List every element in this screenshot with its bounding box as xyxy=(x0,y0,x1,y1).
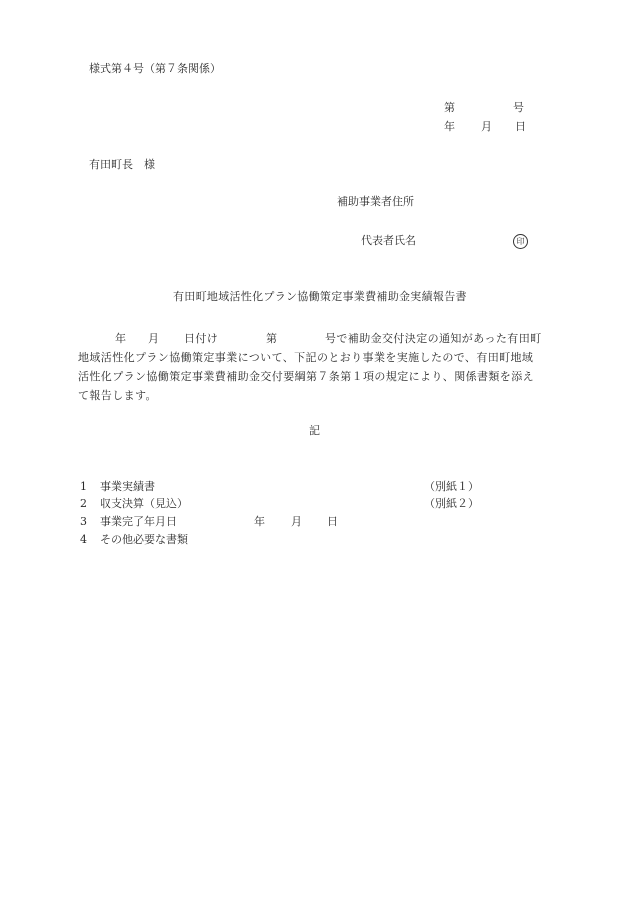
item-label: 事業実績書 xyxy=(100,480,155,494)
item-label: 事業完了年月日 xyxy=(100,515,177,529)
item-label: 収支決算（見込） xyxy=(100,497,188,511)
body-rest: 号で補助金交付決定の通知があった有田町 xyxy=(325,329,542,348)
body-month: 月 xyxy=(148,329,159,348)
applicant-name-label: 代表者氏名 xyxy=(361,234,416,248)
item-number: 3 xyxy=(80,515,87,529)
body-line-3: 活性化プラン協働策定事業費補助金交付要綱第７条第１項の規定により、関係書類を添え xyxy=(78,367,553,386)
item-number: 4 xyxy=(80,533,87,547)
doc-number-prefix: 第 xyxy=(444,101,455,115)
form-label: 様式第４号（第７条関係） xyxy=(89,62,221,76)
body-line-4: て報告します。 xyxy=(78,386,553,405)
item-note: （別紙１） xyxy=(424,480,479,494)
date-year: 年 xyxy=(444,120,455,134)
ki-heading: 記 xyxy=(309,424,320,438)
body-dated: 日付け xyxy=(184,329,218,348)
completion-day: 日 xyxy=(327,515,338,529)
applicant-address-label: 補助事業者住所 xyxy=(337,195,414,209)
completion-year: 年 xyxy=(254,515,265,529)
date-day: 日 xyxy=(515,120,526,134)
completion-month: 月 xyxy=(291,515,302,529)
item-label: その他必要な書類 xyxy=(100,533,188,547)
addressee: 有田町長 様 xyxy=(89,158,155,172)
item-note: （別紙２） xyxy=(424,497,479,511)
date-month: 月 xyxy=(481,120,492,134)
item-number: 1 xyxy=(80,480,87,494)
doc-number-suffix: 号 xyxy=(513,101,524,115)
seal-icon: 印 xyxy=(513,234,528,249)
body-line-1: 年 月 日付け 第 号で補助金交付決定の通知があった有田町 xyxy=(78,329,553,348)
item-number: 2 xyxy=(80,497,87,511)
body-year: 年 xyxy=(115,329,126,348)
body-line-2: 地域活性化プラン協働策定事業について、下記のとおり事業を実施したので、有田町地域 xyxy=(78,348,553,367)
document-title: 有田町地域活性化プラン協働策定事業費補助金実績報告書 xyxy=(173,290,467,304)
body-paragraph: 年 月 日付け 第 号で補助金交付決定の通知があった有田町 地域活性化プラン協働… xyxy=(78,329,553,405)
body-no: 第 xyxy=(266,329,277,348)
